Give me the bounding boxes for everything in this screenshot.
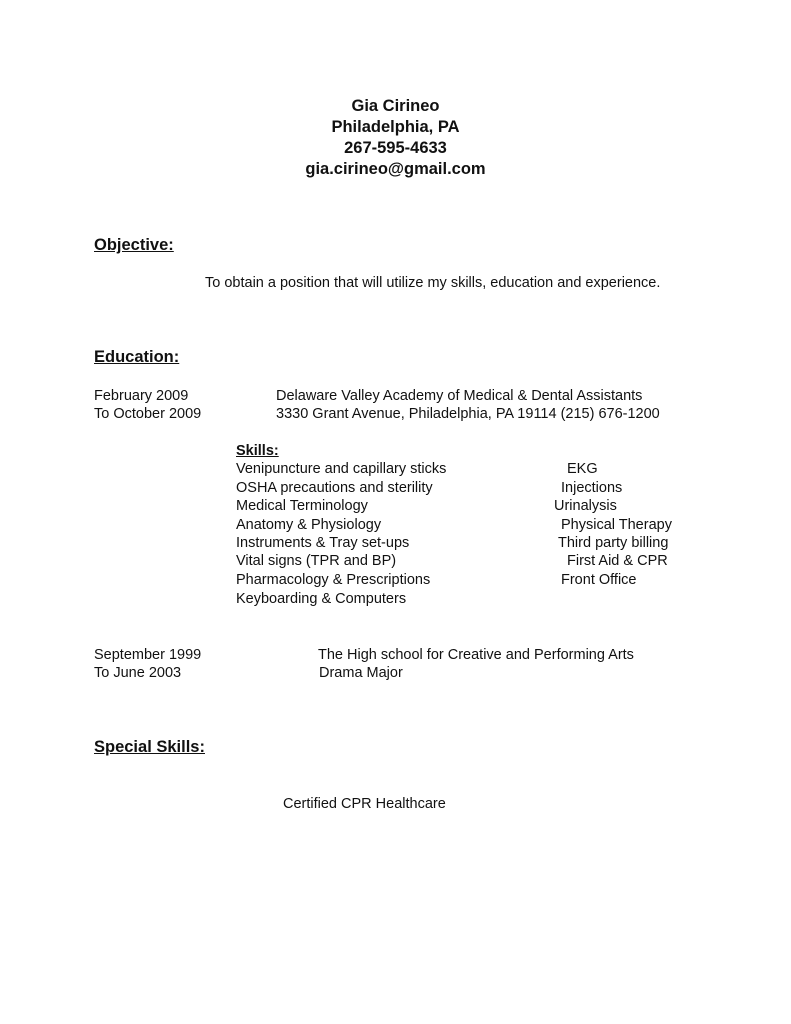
skill-item: Urinalysis [554, 497, 617, 515]
skill-item: Vital signs (TPR and BP) [236, 552, 396, 570]
skill-item: Medical Terminology [236, 497, 368, 515]
candidate-email: gia.cirineo@gmail.com [0, 159, 791, 179]
skill-item: Third party billing [558, 534, 668, 552]
education-heading: Education: [94, 348, 179, 367]
skill-item: Venipuncture and capillary sticks [236, 460, 446, 478]
objective-text: To obtain a position that will utilize m… [205, 274, 660, 292]
skill-item: Anatomy & Physiology [236, 516, 381, 534]
skill-item: Physical Therapy [561, 516, 672, 534]
entry-date-to: To October 2009 [94, 405, 201, 423]
skill-item: Pharmacology & Prescriptions [236, 571, 430, 589]
skill-item: Keyboarding & Computers [236, 590, 406, 608]
candidate-location: Philadelphia, PA [0, 117, 791, 137]
entry-date-from: September 1999 [94, 646, 201, 664]
entry-date-to: To June 2003 [94, 664, 181, 682]
skill-item: EKG [567, 460, 598, 478]
entry-date-from: February 2009 [94, 387, 188, 405]
entry-major: Drama Major [319, 664, 403, 682]
entry-institution: Delaware Valley Academy of Medical & Den… [276, 387, 642, 405]
skills-heading: Skills: [236, 442, 279, 460]
skill-item: OSHA precautions and sterility [236, 479, 433, 497]
entry-institution: The High school for Creative and Perform… [318, 646, 634, 664]
candidate-phone: 267-595-4633 [0, 138, 791, 158]
special-skills-heading: Special Skills: [94, 738, 205, 757]
objective-heading: Objective: [94, 236, 174, 255]
skill-item: Instruments & Tray set-ups [236, 534, 409, 552]
skill-item: Front Office [561, 571, 636, 589]
candidate-name: Gia Cirineo [0, 96, 791, 116]
special-skills-text: Certified CPR Healthcare [283, 795, 446, 813]
skill-item: Injections [561, 479, 622, 497]
entry-address: 3330 Grant Avenue, Philadelphia, PA 1911… [276, 405, 660, 423]
skill-item: First Aid & CPR [567, 552, 668, 570]
